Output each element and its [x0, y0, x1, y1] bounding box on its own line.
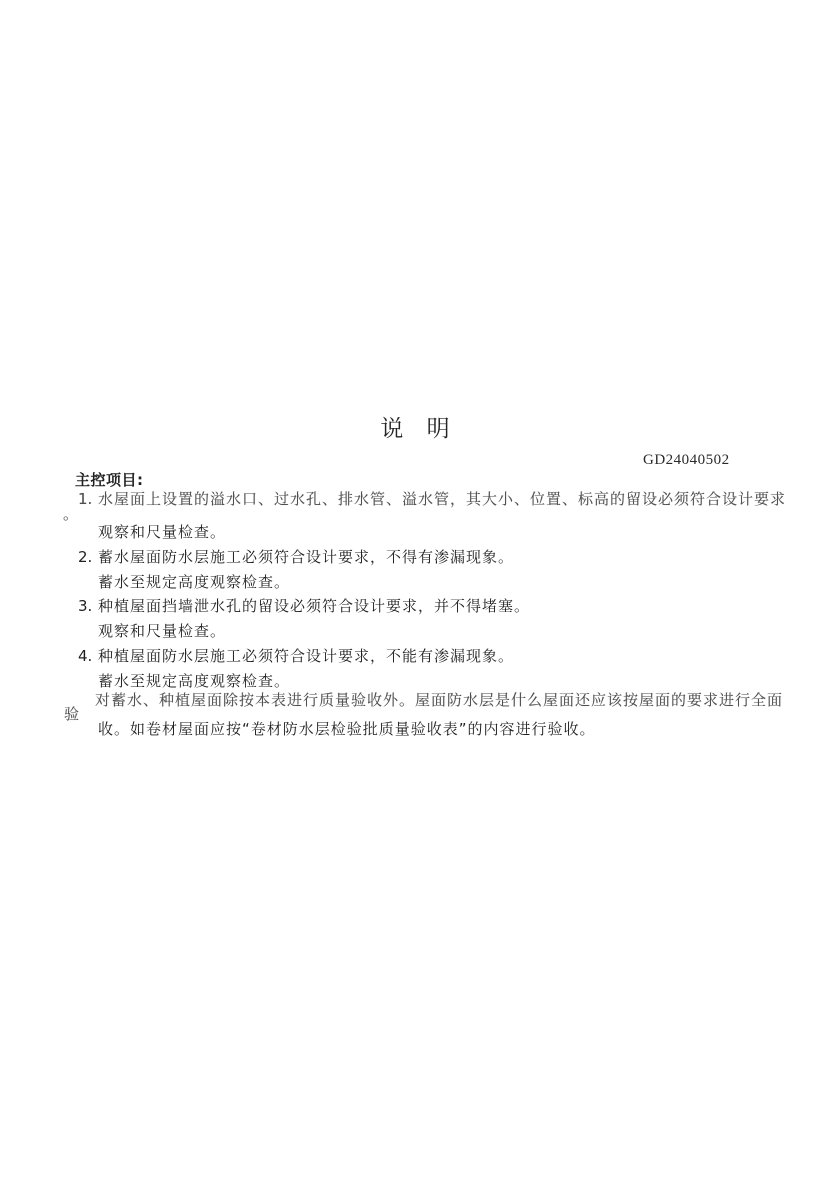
item-1-method: 观察和尺量检查。	[98, 524, 226, 540]
document-page: 说 明 GD24040502 主控项目: 1.水屋面上设置的溢水口、过水孔、排水…	[0, 0, 838, 1186]
item-text: 种植屋面防水层施工必须符合设计要求，不能有渗漏现象。	[98, 647, 514, 665]
item-text: 水屋面上设置的溢水口、过水孔、排水管、溢水管，其大小、位置、标高的留设必须符合设…	[98, 490, 786, 508]
item-number: 3.	[78, 598, 98, 614]
note-line-1: 对蓄水、种植屋面除按本表进行质量验收外。屋面防水层是什么屋面还应该按屋面的要求进…	[95, 692, 783, 708]
list-item-2: 2.蓄水屋面防水层施工必须符合设计要求，不得有渗漏现象。	[78, 549, 514, 565]
list-item-4: 4.种植屋面防水层施工必须符合设计要求，不能有渗漏现象。	[78, 648, 514, 664]
note-wrapped-char: 验	[64, 706, 80, 722]
doc-code: GD24040502	[643, 452, 730, 468]
item-4-method: 蓄水至规定高度观察检查。	[98, 673, 290, 689]
item-number: 2.	[78, 549, 98, 565]
item-text: 蓄水屋面防水层施工必须符合设计要求，不得有渗漏现象。	[98, 548, 514, 566]
note-line-2: 收。如卷材屋面应按“卷材防水层检验批质量验收表”的内容进行验收。	[98, 721, 596, 737]
item-3-method: 观察和尺量检查。	[98, 623, 226, 639]
item-number: 4.	[78, 648, 98, 664]
list-item-1: 1.水屋面上设置的溢水口、过水孔、排水管、溢水管，其大小、位置、标高的留设必须符…	[78, 491, 786, 507]
item-2-method: 蓄水至规定高度观察检查。	[98, 574, 290, 590]
item-number: 1.	[78, 491, 98, 507]
page-title: 说 明	[0, 421, 838, 437]
item-1-wrapped-punctuation: 。	[63, 506, 79, 522]
list-item-3: 3.种植屋面挡墙泄水孔的留设必须符合设计要求，并不得堵塞。	[78, 598, 530, 614]
item-text: 种植屋面挡墙泄水孔的留设必须符合设计要求，并不得堵塞。	[98, 597, 530, 615]
section-heading: 主控项目:	[75, 472, 144, 488]
